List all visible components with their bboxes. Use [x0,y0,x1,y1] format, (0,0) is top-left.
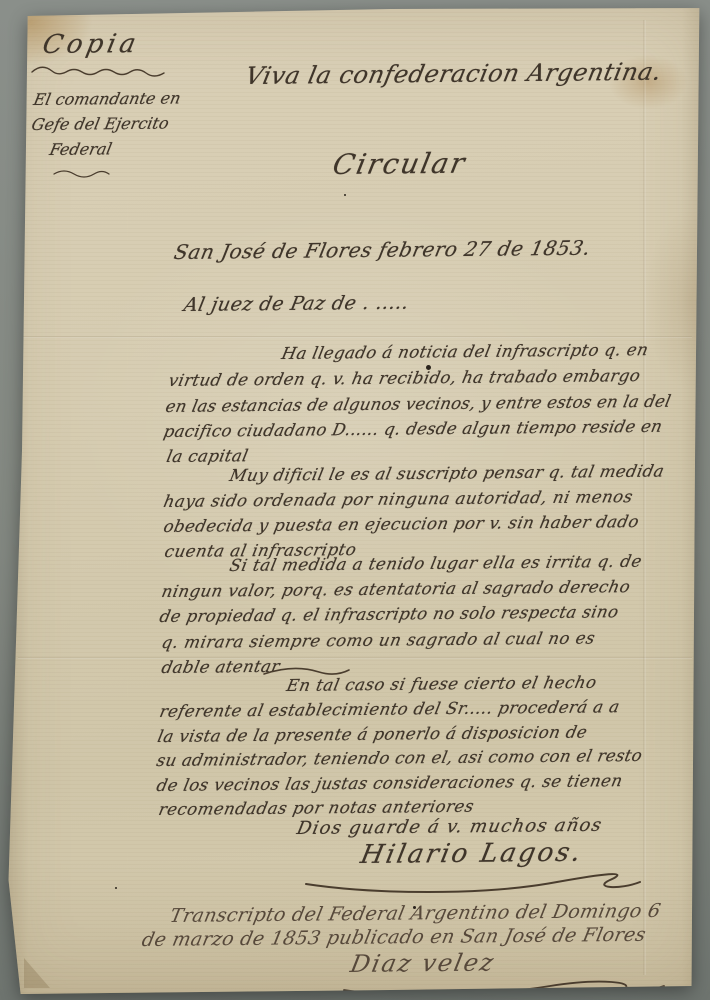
sender-title-line: Gefe del Ejercito [30,114,171,134]
paper-surface: Copia El comandante en Gefe del Ejercito… [0,0,710,1000]
body-line: haya sido ordenada por ninguna autoridad… [162,487,635,511]
signature-flourish [302,868,647,894]
sender-underline-flourish [52,168,112,180]
body-line: virtud de orden q. v. ha recibido, ha tr… [167,366,642,390]
salutation: Al juez de Paz de . ..... [182,292,411,316]
corner-fold [24,958,50,988]
body-line: referente al establecimiento del Sr.....… [158,697,621,721]
valediction: Dios guarde á v. muchos años [295,815,604,839]
footer-note-line: de marzo de 1853 publicado en San José d… [140,924,648,951]
body-line: pacifico ciudadano D...... q. desde algu… [162,417,664,441]
paper-sheet: Copia El comandante en Gefe del Ejercito… [0,0,710,1000]
sender-title-line: Federal [48,139,114,159]
body-line: su administrador, teniendo con el, asi c… [155,746,644,770]
body-line: obedecida y puesta en ejecucion por v. s… [162,512,641,536]
body-line: ningun valor, porq. es atentatoria al sa… [160,577,632,601]
body-line: de los vecinos las justas consideracione… [155,771,624,795]
body-line: En tal caso si fuese cierto el hecho [285,673,599,695]
copy-annotation: Copia [40,29,142,60]
signature-hilario-lagos: Hilario Lagos. [358,838,586,870]
copy-underline-flourish [28,60,178,80]
ink-speck [344,194,346,196]
fold-crease-lower [18,657,693,659]
body-line: q. mirara siempre como un sagrado al cua… [160,628,597,652]
document-photo: Copia El comandante en Gefe del Ejercito… [0,0,710,1000]
body-line: Si tal medida a tenido lugar ella es irr… [228,552,644,575]
body-line: la vista de la presente á ponerlo á disp… [156,723,589,746]
body-line: en las estancias de algunos vecinos, y e… [164,392,673,416]
motto-heading: Viva la confederacion Argentina. [243,58,664,90]
fold-crease-upper [18,336,693,338]
fold-crease-vertical [643,20,646,975]
document-type-heading: Circular [330,147,469,181]
footer-signature-flourish [340,978,670,1000]
body-line: Muy dificil le es al suscripto pensar q.… [228,461,666,485]
body-line: de propiedad q. el infrascripto no solo … [158,602,620,626]
body-line: la capital [165,446,250,466]
footer-note-line: Transcripto del Federal Argentino del Do… [168,900,663,927]
body-line: Ha llegado á noticia del infrascripto q.… [280,340,650,363]
sender-title-line: El comandante en [32,88,183,109]
dateline: San José de Flores febrero 27 de 1853. [172,236,593,264]
signature-diaz-velez: Diaz velez [348,948,498,978]
ink-speck [115,887,117,889]
